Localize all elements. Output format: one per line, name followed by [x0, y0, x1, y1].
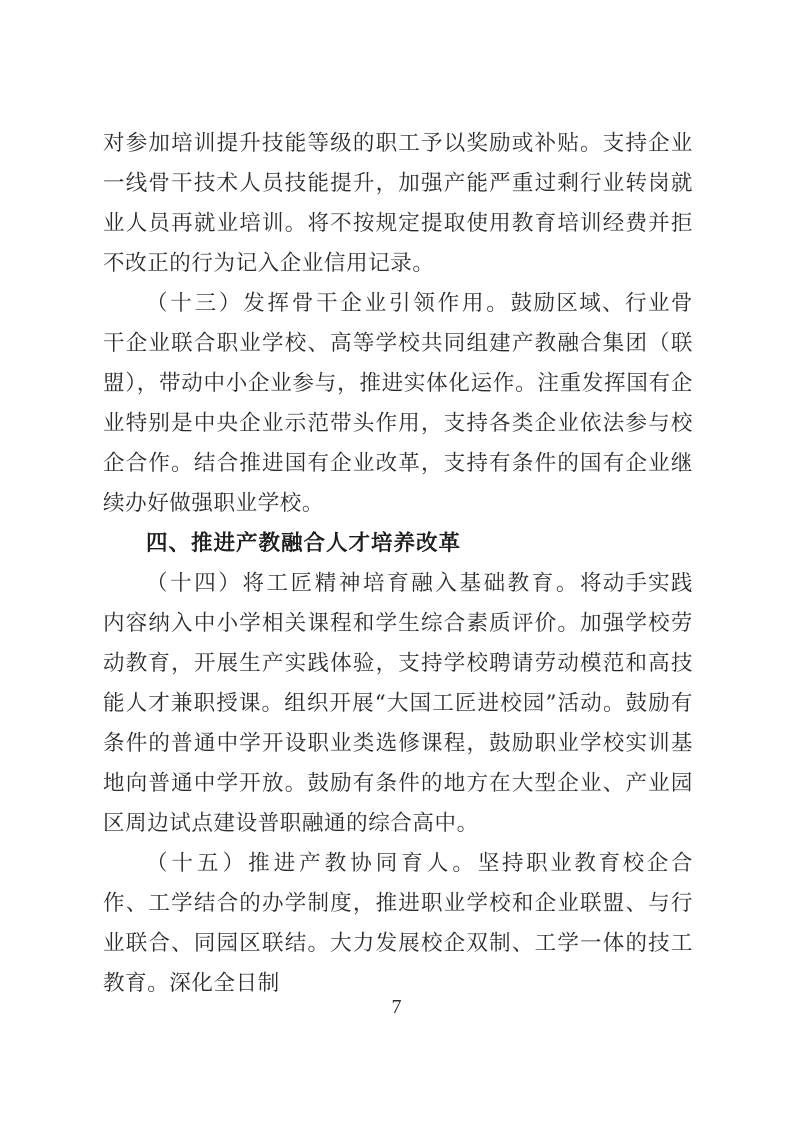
paragraph-item-15: （十五）推进产教协同育人。坚持职业教育校企合作、工学结合的办学制度，推进职业学校… — [103, 844, 693, 1004]
paragraph-item-14: （十四）将工匠精神培育融入基础教育。将动手实践内容纳入中小学相关课程和学生综合素… — [103, 564, 693, 844]
page-number: 7 — [0, 996, 793, 1019]
paragraph-lead: （十三）发挥骨干企业引领作用。 — [146, 291, 511, 316]
paragraph-item-13: （十三）发挥骨干企业引领作用。鼓励区域、行业骨干企业联合职业学校、高等学校共同组… — [103, 284, 693, 524]
document-page: 对参加培训提升技能等级的职工予以奖励或补贴。支持企业一线骨干技术人员技能提升，加… — [103, 124, 693, 1004]
paragraph-training-incentives: 对参加培训提升技能等级的职工予以奖励或补贴。支持企业一线骨干技术人员技能提升，加… — [103, 124, 693, 284]
paragraph-text: 鼓励区域、行业骨干企业联合职业学校、高等学校共同组建产教融合集团（联盟），带动中… — [103, 291, 693, 516]
paragraph-text: 对参加培训提升技能等级的职工予以奖励或补贴。支持企业一线骨干技术人员技能提升，加… — [103, 131, 693, 276]
section-heading: 四、推进产教融合人才培养改革 — [103, 524, 693, 564]
paragraph-text: 将动手实践内容纳入中小学相关课程和学生综合素质评价。加强学校劳动教育，开展生产实… — [103, 571, 693, 836]
paragraph-lead: （十五）推进产教协同育人。 — [146, 851, 478, 876]
paragraph-lead: （十四）将工匠精神培育融入基础教育。 — [146, 571, 580, 596]
